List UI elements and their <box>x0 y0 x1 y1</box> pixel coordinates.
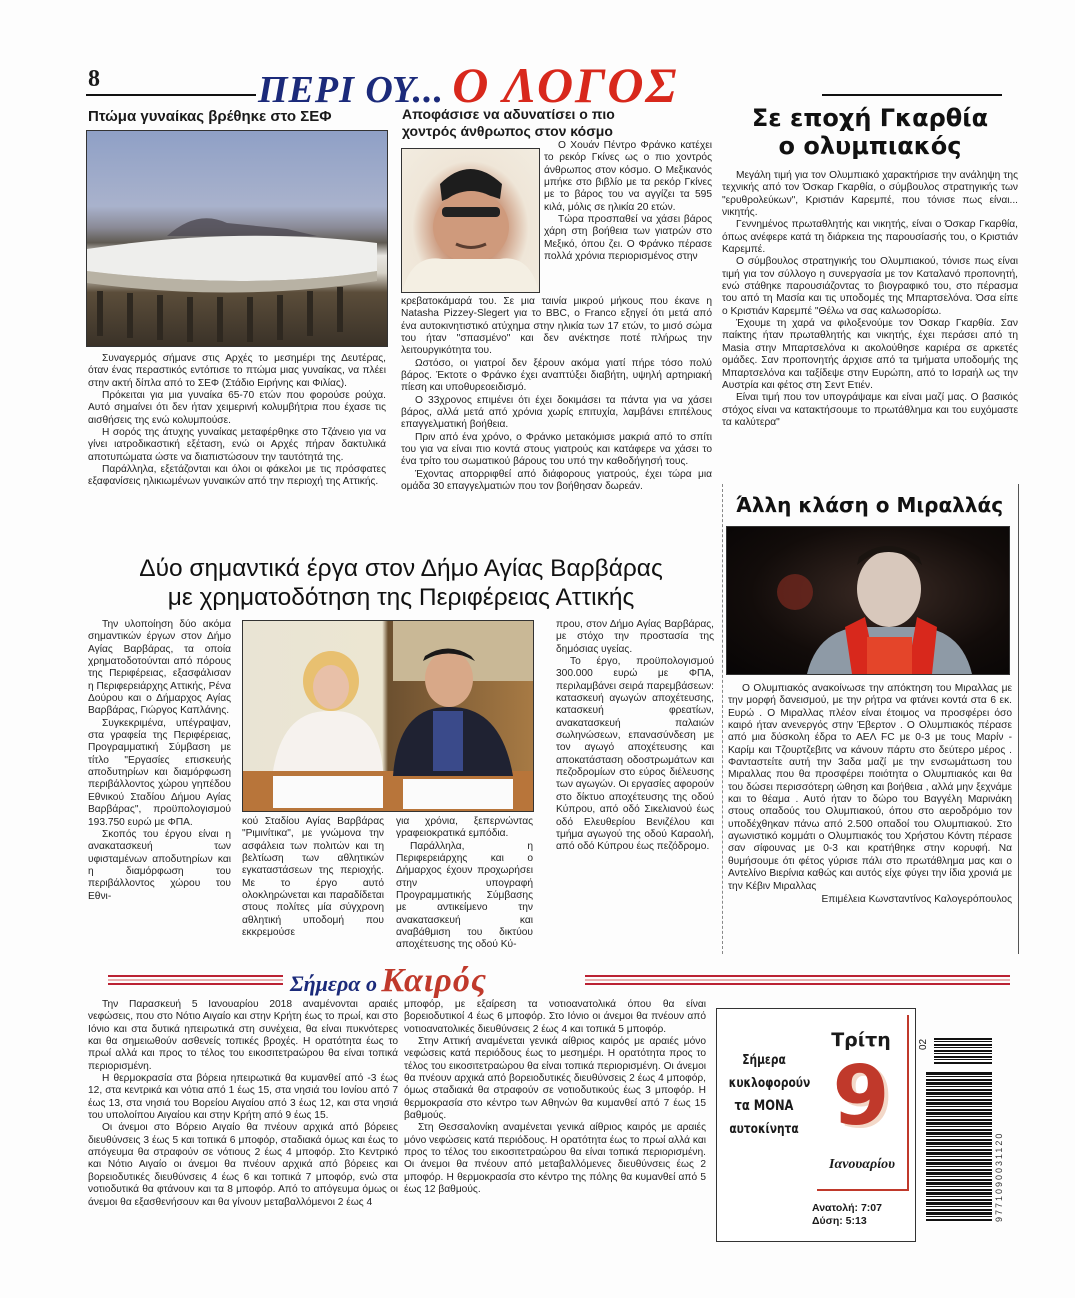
paragraph: Την Παρασκευή 5 Ιανουαρίου 2018 αναμένον… <box>88 999 398 1073</box>
weekday: Τρίτη <box>817 1029 905 1051</box>
article-sef-body: Συναγερμός σήμανε στις Αρχές το μεσημέρι… <box>88 353 386 489</box>
article-varvara-col1: Την υλοποίηση δύο ακόμα σημαντικών έργων… <box>88 619 231 903</box>
article-garcia-body: Μεγάλη τιμή για τον Ολυμπιακό χαρακτήρισ… <box>722 170 1018 429</box>
sunset: Δύση: 5:13 <box>812 1215 912 1228</box>
paragraph: κού Σταδίου Αγίας Βαρβάρας "Ριμινίτικα",… <box>242 816 384 939</box>
paragraph: Την υλοποίηση δύο ακόμα σημαντικών έργων… <box>88 619 231 718</box>
title-line: Δύο σημαντικά έργα στον Δήμο Αγίας Βαρβά… <box>86 554 716 583</box>
weather-col1: Την Παρασκευή 5 Ιανουαρίου 2018 αναμένον… <box>88 999 398 1209</box>
signing-illustration <box>243 621 533 811</box>
paragraph: Τώρα προσπαθεί να χάσει βάρος χάρη στη β… <box>544 214 712 263</box>
player-illustration <box>727 527 1009 674</box>
paragraph: Ωστόσο, οι γιατροί δεν ξέρουν ακόμα γιατ… <box>401 358 712 395</box>
paragraph: Στην Αττική αναμένεται γενικά αίθριος κα… <box>404 1036 706 1122</box>
paragraph: Έχουμε τη χαρά να φιλοξενούμε τον Όσκαρ … <box>722 318 1018 392</box>
article-franco-intro: Ο Χουάν Πέντρο Φράνκο κατέχει το ρεκόρ Γ… <box>544 140 712 263</box>
paragraph: κρεβατοκάμαρά του. Σε μια ταινία μικρού … <box>401 296 712 358</box>
page-number: 8 <box>88 66 100 93</box>
article-franco-body: κρεβατοκάμαρά του. Σε μια ταινία μικρού … <box>401 296 712 494</box>
article-varvara-title: Δύο σημαντικά έργα στον Δήμο Αγίας Βαρβά… <box>86 554 716 612</box>
paragraph: Παράλληλα, η Περιφερειάρχης και ο Δήμαρχ… <box>396 841 533 952</box>
paragraph: Συγκεκριμένα, υπέγραψαν, στα γραφεία της… <box>88 718 231 829</box>
player-scarf-photo <box>726 526 1010 675</box>
notice-line: τα ΜΟΝΑ <box>729 1095 800 1118</box>
stadium-illustration <box>87 131 387 346</box>
day-number: 9 <box>817 1049 905 1145</box>
paragraph: Ο 33χρονος επιμένει ότι έχει δοκιμάσει τ… <box>401 395 712 432</box>
stadium-photo <box>86 130 388 347</box>
paragraph: Πρόκειται για μια γυναίκα 65-70 ετών που… <box>88 390 386 427</box>
weather-banner-big: Καιρός <box>381 962 487 999</box>
article-mirallas-body: Ο Ολυμπιακός ανακοίνωσε την απόκτηση του… <box>728 683 1012 906</box>
main-bars <box>926 1072 992 1222</box>
barcode-addon: 02 <box>918 1039 929 1050</box>
paragraph: για χρόνια, ξεπερνώντας γραφειοκρατικά ε… <box>396 816 533 841</box>
sunrise: Ανατολή: 7:07 <box>812 1202 912 1215</box>
addon-bars <box>934 1038 992 1064</box>
paragraph: Ο Ολυμπιακός ανακοίνωσε την απόκτηση του… <box>728 683 1012 893</box>
weather-rule-left <box>108 975 283 985</box>
masthead-right: Ο ΛΟΓΟΣ <box>452 57 678 113</box>
title-line: ο ολυμπιακός <box>720 132 1020 160</box>
article-franco-title: Αποφάσισε να αδυνατίσει ο πιο χοντρός άν… <box>402 106 712 140</box>
title-line: Σε εποχή Γκαρθία <box>720 104 1020 132</box>
article-garcia-title: Σε εποχή Γκαρθία ο ολυμπιακός <box>720 104 1020 160</box>
title-line: Αποφάσισε να αδυνατίσει ο πιο <box>402 106 712 123</box>
paragraph: Πριν από ένα χρόνο, ο Φράνκο μετακόμισε … <box>401 432 712 469</box>
title-line: με χρηματοδότηση της Περιφέρειας Αττικής <box>86 583 716 612</box>
mona-notice: Σήμερα κυκλοφορούν τα ΜΟΝΑ αυτοκίνητα <box>729 1049 800 1141</box>
paragraph: Σκοπός του έργου είναι η ανακατασκευή τω… <box>88 829 231 903</box>
notice-line: αυτοκίνητα <box>729 1118 800 1141</box>
paragraph: Η σορός της άτυχης γυναίκας μεταφέρθηκε … <box>88 427 386 464</box>
masthead-left: ΠΕΡΙ ΟΥ... <box>258 69 444 111</box>
paragraph: Το έργο, προϋπολογισμού 300.000 ευρώ με … <box>556 656 714 854</box>
weather-col2: μποφόρ, με εξαίρεση τα νοτιοανατολικά όπ… <box>404 999 706 1197</box>
date-box: Σήμερα κυκλοφορούν τα ΜΟΝΑ αυτοκίνητα Τρ… <box>716 1008 916 1242</box>
byline: Επιμέλεια Κωνσταντίνος Καλογερόπουλος <box>728 894 1012 906</box>
month: Ιανουαρίου <box>815 1157 909 1173</box>
barcode: 02 9771090031120 <box>918 1030 998 1230</box>
paragraph: Οι άνεμοι στο Βόρειο Αιγαίο θα πνέουν αρ… <box>88 1122 398 1208</box>
paragraph: Ο Χουάν Πέντρο Φράνκο κατέχει το ρεκόρ Γ… <box>544 140 712 214</box>
paragraph: Στη Θεσσαλονίκη αναμένεται γενικά αίθριο… <box>404 1122 706 1196</box>
paragraph: Η θερμοκρασία στα βόρεια ηπειρωτικά θα κ… <box>88 1073 398 1122</box>
article-varvara-col2: κού Σταδίου Αγίας Βαρβάρας "Ριμινίτικα",… <box>242 816 384 939</box>
article-varvara-col3: για χρόνια, ξεπερνώντας γραφειοκρατικά ε… <box>396 816 533 952</box>
article-varvara-col4: πρου, στον Δήμο Αγίας Βαρβάρας, με στόχο… <box>556 619 714 854</box>
paragraph: Ο σύμβουλος στρατηγικής του Ολυμπιακού, … <box>722 256 1018 318</box>
article-sef-title: Πτώμα γυναίκας βρέθηκε στο ΣΕΦ <box>88 108 388 125</box>
paragraph: μποφόρ, με εξαίρεση τα νοτιοανατολικά όπ… <box>404 999 706 1036</box>
weather-banner: Σήμερα ο Καιρός <box>290 962 487 1000</box>
weather-banner-small: Σήμερα ο <box>290 971 377 996</box>
date-rule-h <box>817 1189 909 1191</box>
paragraph: Έχοντας απορριφθεί από διάφορους γιατρού… <box>401 469 712 494</box>
notice-line: κυκλοφορούν <box>729 1072 800 1095</box>
header-rule-left <box>86 94 256 96</box>
paragraph: Παράλληλα, εξετάζονται και όλοι οι φάκελ… <box>88 464 386 489</box>
paragraph: Συναγερμός σήμανε στις Αρχές το μεσημέρι… <box>88 353 386 390</box>
weather-rule-right <box>585 975 1010 985</box>
paragraph: Μεγάλη τιμή για τον Ολυμπιακό χαρακτήρισ… <box>722 170 1018 219</box>
sun-times: Ανατολή: 7:07 Δύση: 5:13 <box>812 1202 912 1228</box>
paragraph: Είναι τιμή που τον υπογράψαμε και είναι … <box>722 392 1018 429</box>
notice-line: Σήμερα <box>729 1049 800 1072</box>
portrait-illustration <box>402 149 539 292</box>
article-mirallas-title: Άλλη κλάση ο Μιραλλάς <box>722 493 1017 517</box>
paragraph: Γεννημένος πρωταθλητής και νικητής, είνα… <box>722 219 1018 256</box>
title-line: χοντρός άνθρωπος στον κόσμο <box>402 123 712 140</box>
paragraph: πρου, στον Δήμο Αγίας Βαρβάρας, με στόχο… <box>556 619 714 656</box>
man-portrait-photo <box>401 148 540 293</box>
barcode-number: 9771090031120 <box>994 1132 1004 1222</box>
signing-photo <box>242 620 534 812</box>
newspaper-page: 8 ΠΕΡΙ ΟΥ...Ο ΛΟΓΟΣ Πτώμα γυναίκας βρέθη… <box>0 0 1075 1298</box>
header-rule-right <box>822 94 1002 96</box>
